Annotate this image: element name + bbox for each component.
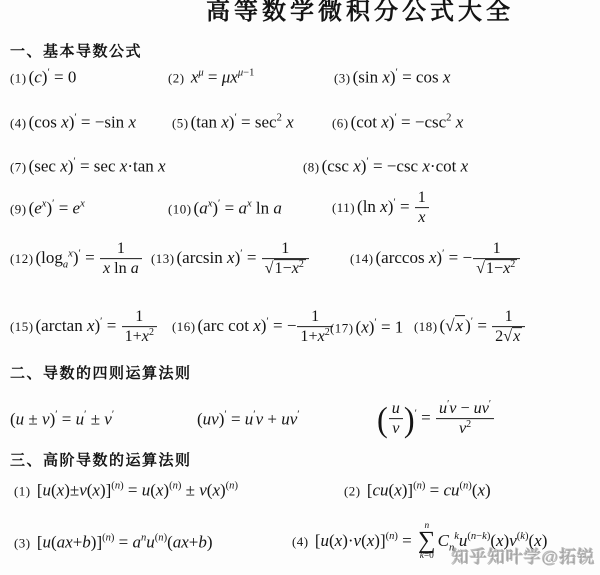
formula-item: (5)(tan x)′ = sec2 x xyxy=(172,111,294,132)
section-2-heading: 二、导数的四则运算法则 xyxy=(10,362,192,383)
formula-item: (4)(cos x)′ = −sin x xyxy=(10,111,136,132)
formula-item: (9)(ex)′ = ex xyxy=(10,197,85,218)
formula-row: (u ± v)′ = u′ ± v′ (uv)′ = u′v + uv′ (uv… xyxy=(0,393,600,445)
section-3-heading: 三、高阶导数的运算法则 xyxy=(10,449,192,470)
formula-row: (15)(arctan x)′ = 11+x2 (16)(arc cot x)′… xyxy=(0,302,600,352)
formula-item: (14)(arccos x)′ = −1√1−x2 xyxy=(350,239,521,279)
formula-item: (6)(cot x)′ = −csc2 x xyxy=(332,111,463,132)
formula-row: (12)(logax)′ = 1x ln a (13)(arcsin x)′ =… xyxy=(0,236,600,282)
formula-item: (u ± v)′ = u′ ± v′ xyxy=(10,408,114,429)
formula-item: (2) xμ = μxμ−1 xyxy=(168,66,254,87)
formula-item: (16)(arc cot x)′ = −11+x2 xyxy=(172,307,334,347)
formula-item: (15)(arctan x)′ = 11+x2 xyxy=(10,307,158,347)
formula-item: (1) [u(x)±v(x)](n) = u(x)(n) ± v(x)(n) xyxy=(14,479,238,500)
page-title: 高等数学微积分公式大全 xyxy=(206,0,514,28)
formula-item: (uv)′ = u′v + uv′ xyxy=(197,408,300,429)
watermark: 知乎知叶学@拓锐 xyxy=(452,543,596,568)
formula-item: (3) [u(ax+b)](n) = anu(n)(ax+b) xyxy=(14,531,213,552)
formula-item: (1)(c)′ = 0 xyxy=(10,66,76,87)
formula-item: (17)(x)′ = 1 xyxy=(330,316,403,337)
section-1-heading: 一、基本导数公式 xyxy=(10,40,142,61)
formula-item: (3)(sin x)′ = cos x xyxy=(334,66,450,87)
formula-row: (7)(sec x)′ = sec x·tan x (8)(csc x)′ = … xyxy=(0,149,600,183)
formula-item: (11)(ln x)′ = 1x xyxy=(332,188,430,228)
formula-row: (1)(c)′ = 0 (2) xμ = μxμ−1 (3)(sin x)′ =… xyxy=(0,60,600,94)
formula-item: (13)(arcsin x)′ = 1√1−x2 xyxy=(151,239,310,279)
formula-item: (10)(ax)′ = ax ln a xyxy=(168,197,282,218)
formula-item: (2) [cu(x)](n) = cu(n)(x) xyxy=(344,479,491,500)
formula-row: (9)(ex)′ = ex (10)(ax)′ = ax ln a (11)(l… xyxy=(0,187,600,229)
formula-item: (7)(sec x)′ = sec x·tan x xyxy=(10,155,166,176)
formula-item: (18)(√x)′ = 12√x xyxy=(414,307,526,347)
formula-item: (8)(csc x)′ = −csc x·cot x xyxy=(303,155,468,176)
formula-item: (uv)′ = u′v − uv′v2 xyxy=(377,399,495,439)
formula-item: (12)(logax)′ = 1x ln a xyxy=(10,239,143,279)
formula-row: (4)(cos x)′ = −sin x (5)(tan x)′ = sec2 … xyxy=(0,105,600,139)
formula-row: (1) [u(x)±v(x)](n) = u(x)(n) ± v(x)(n) (… xyxy=(0,473,600,507)
